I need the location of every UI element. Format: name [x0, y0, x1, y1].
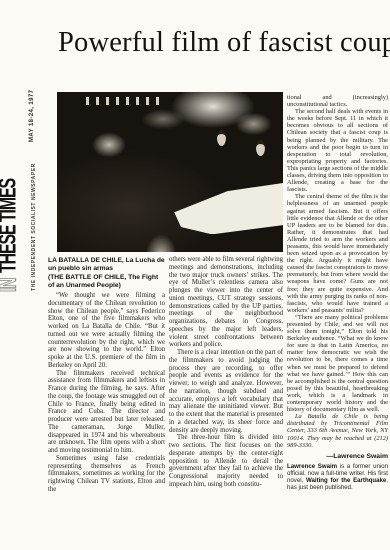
paragraph: “We thought we were filming a documentar…: [48, 292, 165, 370]
article-photo: [57, 92, 283, 252]
logo-in-text: IN: [0, 278, 22, 292]
article-headline: Powerful film of fascist coup: [58, 27, 388, 59]
photo-highlight-specks: [86, 97, 158, 105]
paragraph: “There are many political problems prese…: [287, 314, 388, 413]
issue-date: MAY 18-24, 1977: [29, 90, 35, 142]
newspaper-tagline: THE INDEPENDENT SOCIALIST NEWSPAPER: [31, 149, 37, 291]
paragraph: others were able to film several rightwi…: [169, 256, 283, 349]
article-column-2: others were able to film several rightwi…: [169, 256, 283, 489]
article-column-3: tional and (increasingly) unconstitution…: [287, 94, 388, 491]
caption-english-title: (THE BATTLE OF CHILE, The Fight of an Un…: [48, 274, 166, 290]
photo-caption: LA BATALLA DE CHILE, La Lucha de un pueb…: [48, 257, 166, 291]
photo-face-right: [256, 140, 265, 156]
photo-face-left: [217, 130, 226, 146]
article-column-1: “We thought we were filming a documentar…: [48, 292, 165, 494]
paragraph: The second half deals with events in the…: [287, 108, 388, 193]
caption-spanish-title: LA BATALLA DE CHILE, La Lucha de un pueb…: [48, 257, 166, 273]
paragraph: The filmmakers received technical assist…: [48, 370, 165, 455]
bio-author-name: Lawrence Swaim: [287, 463, 337, 470]
paragraph: The three-hour film is divided into two …: [169, 434, 283, 488]
paragraph: Sometimes using false credentials repres…: [48, 455, 165, 494]
author-bio: Lawrence Swaim is a former union officia…: [287, 463, 388, 491]
bio-book-title: Waiting for the Earthquake: [306, 477, 386, 484]
masthead: IN THESE TIMES THE INDEPENDENT SOCIALIST…: [4, 86, 46, 292]
author-byline: —Lawrence Swaim: [287, 453, 388, 460]
newspaper-logo: IN THESE TIMES: [1, 166, 29, 292]
paragraph: There is a clear intention on the part o…: [169, 349, 283, 434]
paragraph: tional and (increasingly) unconstitution…: [287, 94, 388, 108]
paragraph: The central theme of the film is the hel…: [287, 193, 388, 314]
logo-these-times-text: THESE TIMES: [0, 179, 22, 273]
photo-light-wedge: [174, 182, 283, 235]
distributor-note: La Batalla de Chile is being distributed…: [287, 413, 388, 448]
